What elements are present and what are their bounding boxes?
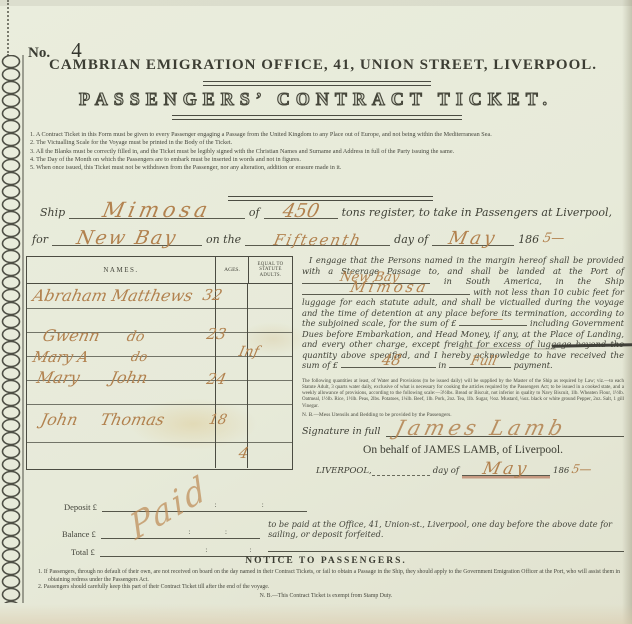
condition-item: 1. A Contract Ticket in this Form must b… — [30, 131, 618, 138]
passenger-age: 32 — [201, 286, 224, 304]
passenger-age-infant: Inf — [237, 344, 260, 360]
day-of-label: day of — [394, 233, 428, 246]
provisions-scale-note: The following quantities at least, of Wa… — [302, 379, 624, 410]
divider-rule — [172, 115, 462, 120]
ship-name-field: Mimosa — [69, 205, 245, 219]
conditions-list: 1. A Contract Ticket in this Form must b… — [30, 131, 618, 173]
passenger-table-header: NAMES. AGES. EQUAL TO STATUTE ADULTS. — [27, 257, 292, 284]
column-header-ages: AGES. — [216, 257, 249, 283]
divider-rule — [203, 81, 431, 86]
condition-item: 5. When once issued, this Ticket must no… — [30, 164, 618, 171]
notice-title: NOTICE TO PASSENGERS. — [32, 556, 620, 566]
ship-label: Ship — [40, 206, 65, 219]
handwritten-tonnage: 450 — [280, 200, 321, 222]
passenger-name: Abraham Matthews — [31, 286, 195, 305]
notice-item: 1. If Passengers, through no default of … — [32, 569, 620, 584]
column-header-names: NAMES. — [27, 257, 216, 283]
signature-row: Signature in full James Lamb — [302, 423, 624, 437]
payment-mode-field: Full — [449, 360, 511, 368]
notice-section: NOTICE TO PASSENGERS. 1. If Passengers, … — [32, 556, 620, 599]
stamp-duty-note: N. B.—This Contract Ticket is exempt fro… — [32, 593, 620, 599]
passenger-name: Mary A — [31, 348, 90, 366]
ship-field: Mimosa — [302, 287, 470, 295]
coil-border-icon — [1, 55, 25, 607]
statute-adults-total: 4 — [237, 444, 250, 462]
sum-received-field: 48 — [341, 360, 436, 368]
handwritten-ship: Mimosa — [341, 278, 430, 297]
condition-item: 3. All the Blanks must be correctly fill… — [30, 148, 618, 155]
year-printed: 186 — [553, 466, 569, 476]
date-blank — [372, 465, 430, 476]
signature-field: James Lamb — [386, 423, 624, 437]
of-label: of — [249, 206, 260, 219]
paper-top-edge — [0, 0, 632, 6]
notice-item: 2. Passengers should carefully keep this… — [32, 584, 620, 592]
day-of-label: day of — [433, 466, 459, 476]
office-title: CAMBRIAN EMIGRATION OFFICE, 41, UNION ST… — [28, 57, 618, 74]
ditto-mark: do — [129, 350, 148, 365]
passenger-table-body: Abraham Matthews 32 Gwenn do 23 Mary A d… — [27, 284, 292, 468]
passenger-age: 23 — [205, 325, 228, 343]
passenger-name: Gwenn — [41, 326, 102, 345]
perforation-dotted-line — [7, 0, 9, 56]
passenger-age: 18 — [207, 412, 228, 428]
balance-amount-field: : : — [101, 528, 260, 539]
passenger-table: NAMES. AGES. EQUAL TO STATUTE ADULTS. Ab… — [26, 256, 293, 470]
month-field: May — [432, 232, 514, 246]
handwritten-sum-flourish: — — [481, 312, 505, 329]
signature-label: Signature in full — [302, 426, 380, 437]
for-label: for — [32, 233, 48, 246]
paper-bottom-edge — [0, 604, 632, 624]
divider-rule — [228, 196, 433, 201]
sum-field: — — [459, 318, 527, 326]
balance-terms-text: to be paid at the Office, 41, Union-st.,… — [268, 519, 622, 539]
place-label: LIVERPOOL, — [316, 466, 372, 476]
handwritten-month: May — [447, 228, 500, 249]
deposit-label: Deposit £ — [62, 502, 97, 512]
engagement-paragraph: I engage that the Persons named in the m… — [302, 255, 624, 371]
page-title: PASSENGERS’ CONTRACT TICKET. — [0, 89, 632, 110]
passenger-age: 24 — [205, 370, 228, 388]
embark-day-field: Fifteenth — [245, 232, 390, 246]
handwritten-destination: New Bay — [75, 227, 180, 249]
balance-label: Balance £ — [62, 529, 96, 539]
condition-item: 2. The Victualling Scale for the Voyage … — [30, 139, 618, 146]
handwritten-signature: James Lamb — [393, 416, 570, 440]
handwritten-full: Full — [462, 354, 498, 371]
ship-line: Ship Mimosa of 450 tons register, to tak… — [36, 205, 616, 219]
on-the-label: on the — [206, 233, 241, 246]
handwritten-sum-received: 48 — [373, 351, 403, 370]
tonnage-field: 450 — [264, 205, 338, 219]
handwritten-embark-day: Fifteenth — [272, 231, 364, 249]
passenger-name: Mary John — [35, 368, 149, 387]
condition-item: 4. The Day of the Month on which the Pas… — [30, 156, 618, 163]
month-field: May — [462, 464, 550, 476]
place-date-line: LIVERPOOL, day of May 186 5— — [302, 462, 624, 476]
handwritten-month: May — [481, 459, 531, 479]
passenger-name: John Thomas — [39, 410, 166, 429]
divider-rule — [268, 551, 624, 552]
column-header-statute-adults: EQUAL TO STATUTE ADULTS. — [249, 257, 292, 283]
year-printed: 186 — [518, 233, 539, 246]
contract-ticket-document: No. 4 CAMBRIAN EMIGRATION OFFICE, 41, UN… — [0, 0, 632, 624]
engagement-column: I engage that the Persons named in the m… — [302, 255, 624, 476]
handwritten-year: 5— — [571, 462, 594, 476]
ditto-mark: do — [125, 329, 146, 345]
on-behalf-line: On behalf of JAMES LAMB, of Liverpool. — [302, 444, 624, 456]
handwritten-year: 5— — [542, 231, 566, 246]
tons-register-text: tons register, to take in Passengers at … — [342, 206, 612, 219]
handwritten-ship-name: Mimosa — [100, 198, 213, 222]
destination-field: New Bay — [52, 232, 202, 246]
destination-line: for New Bay on the Fifteenth day of May … — [28, 231, 616, 246]
